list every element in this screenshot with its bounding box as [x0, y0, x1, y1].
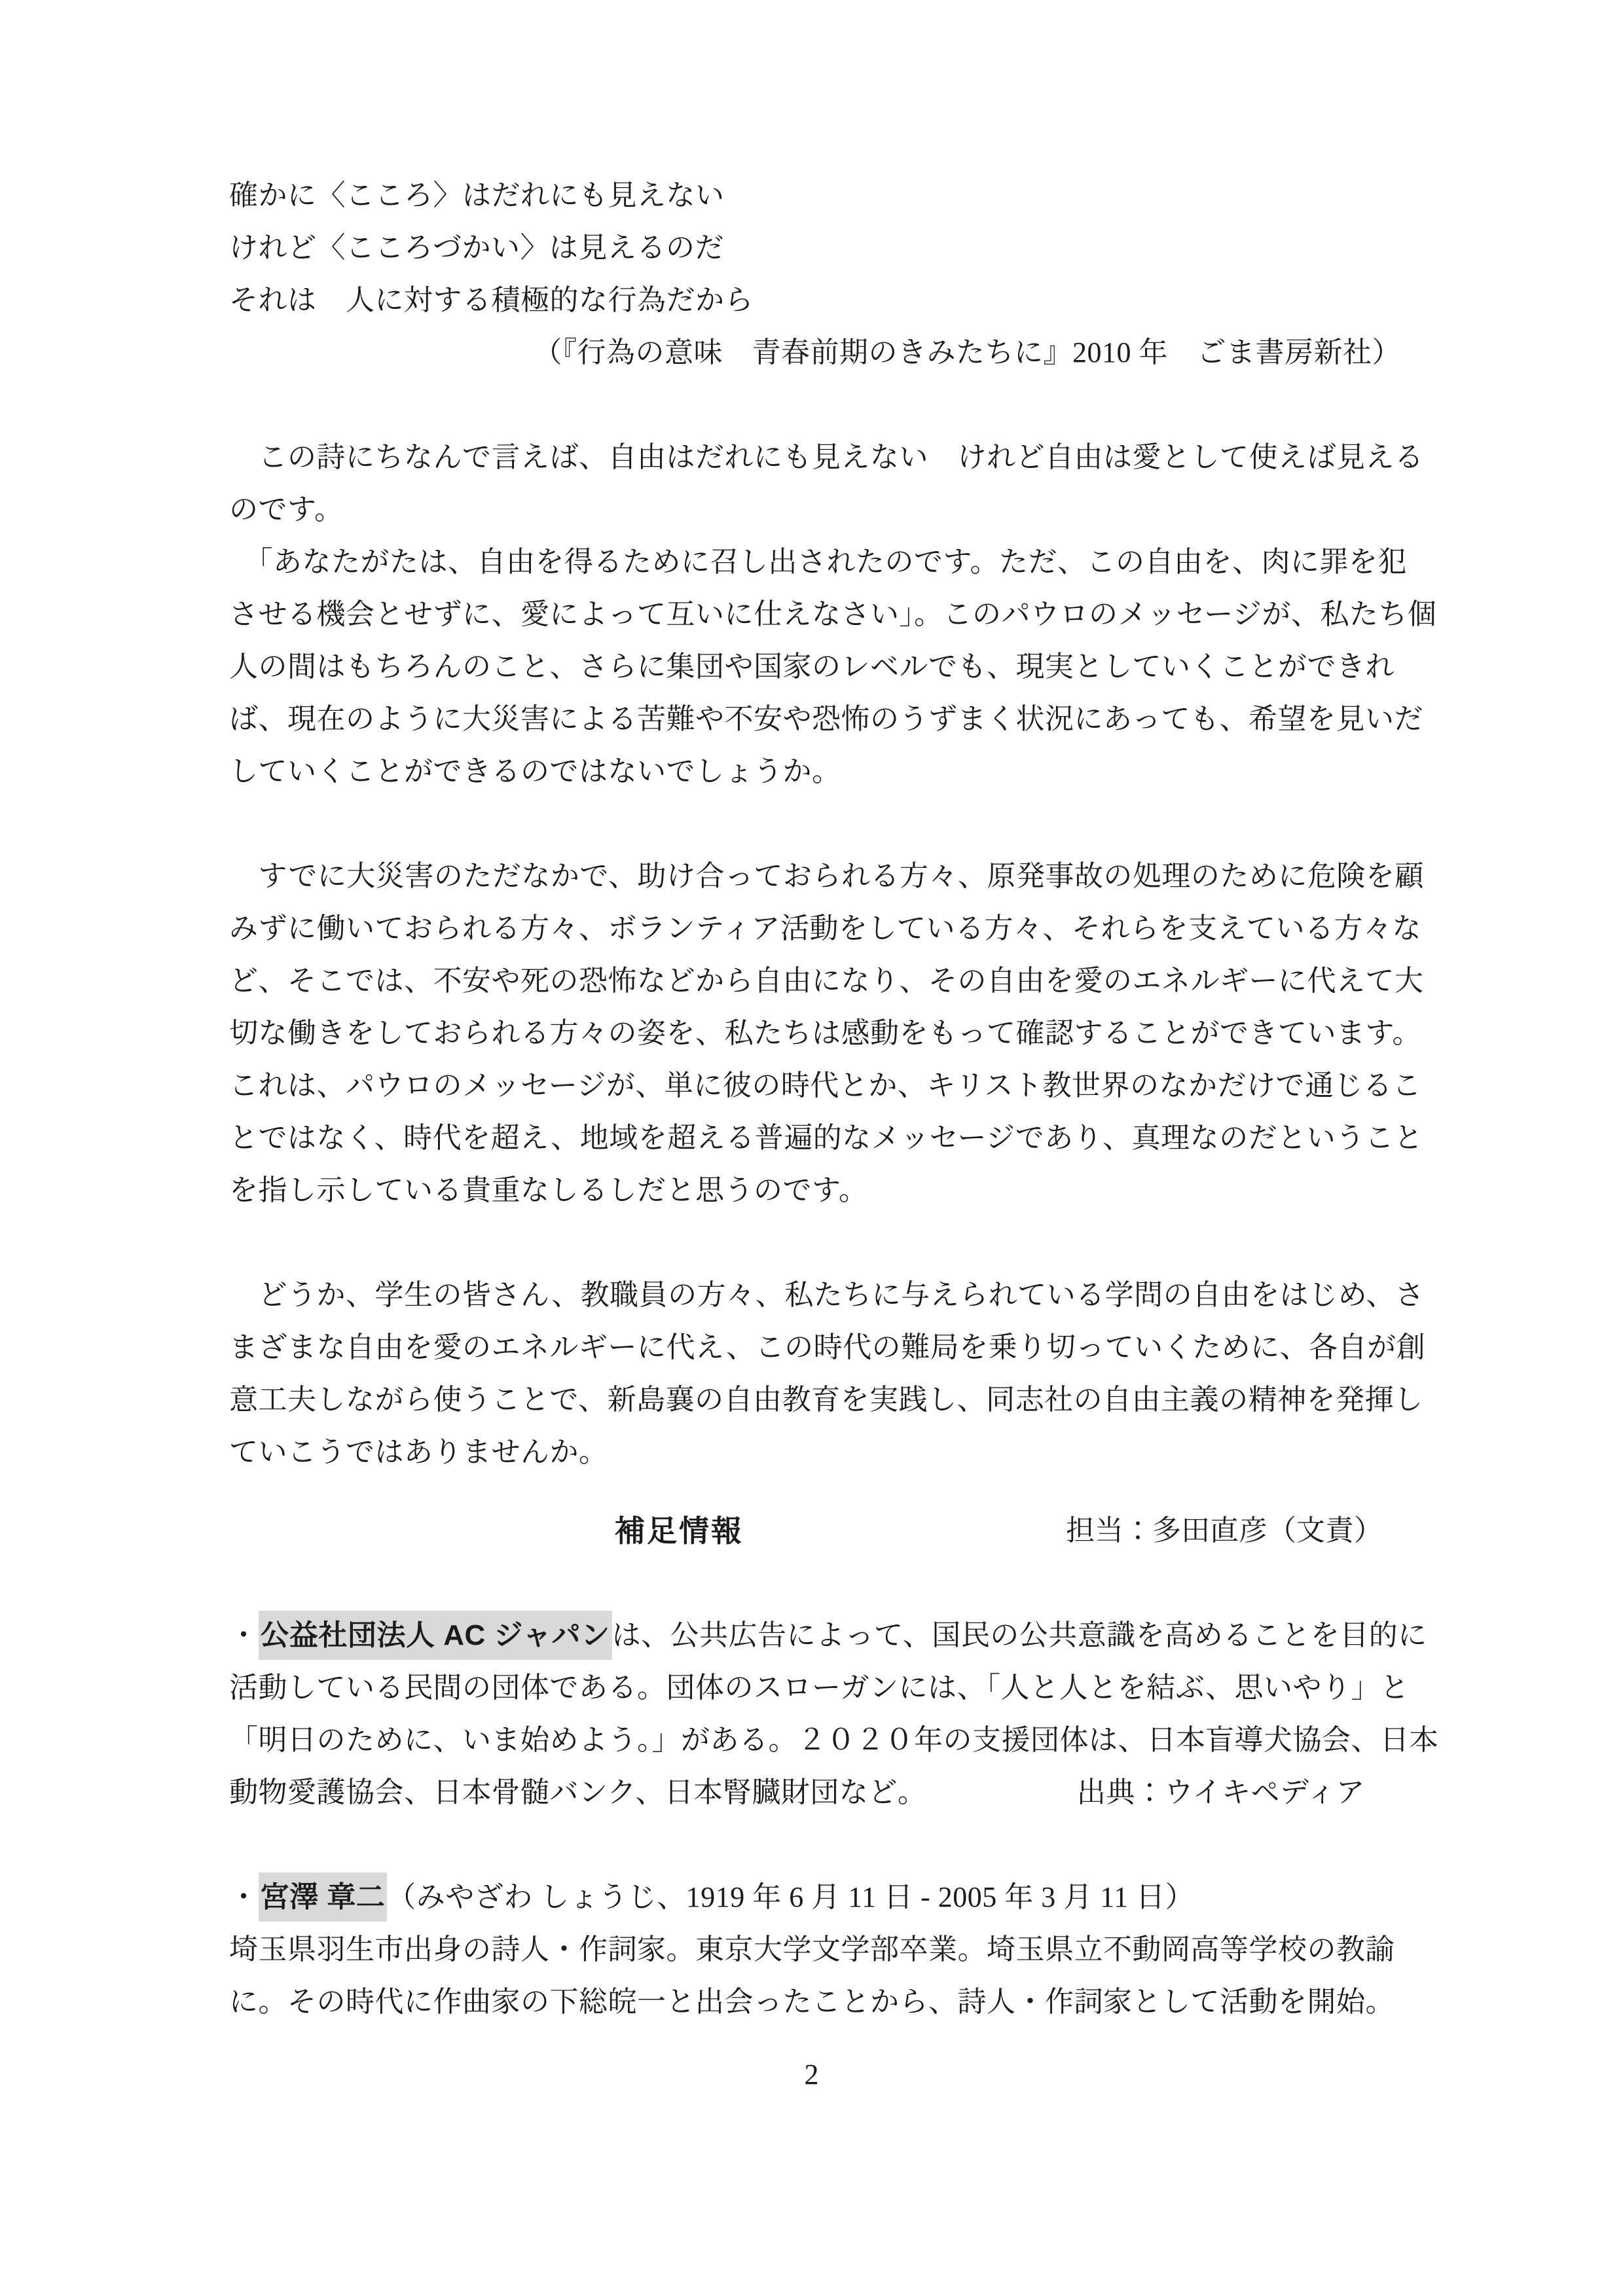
- entry-line: ・公益社団法人 AC ジャパンは、公共広告によって、国民の公共意識を高めることを…: [229, 1609, 1401, 1662]
- body-line: 意工夫しながら使うことで、新島襄の自由教育を実践し、同志社の自由主義の精神を発揮…: [229, 1374, 1401, 1426]
- body-line: ど、そこでは、不安や死の恐怖などから自由になり、その自由を愛のエネルギーに代えて…: [229, 955, 1401, 1007]
- entry-line: 動物愛護協会、日本骨髄バンク、日本腎臓財団など。出典：ウイキペディア: [229, 1767, 1401, 1819]
- body-line: これは、パウロのメッセージが、単に彼の時代とか、キリスト教世界のなかだけで通じる…: [229, 1060, 1401, 1112]
- entry-text: 動物愛護協会、日本骨髄バンク、日本腎臓財団など。: [229, 1767, 926, 1819]
- entry-line: ・宮澤 章二（みやざわ しょうじ、1919 年 6 月 11 日 - 2005 …: [229, 1871, 1401, 1924]
- body-line: すでに大災害のただなかで、助け合っておられる方々、原発事故の処理のために危険を顧: [229, 850, 1401, 903]
- entry-line: 活動している民間の団体である。団体のスローガンには、「人と人とを結ぶ、思いやり」…: [229, 1662, 1401, 1714]
- entry-line: に。その時代に作曲家の下総皖一と出会ったことから、詩人・作詞家として活動を開始。: [229, 1976, 1401, 2028]
- body-line: みずに働いておられる方々、ボランティア活動をしている方々、それらを支えている方々…: [229, 903, 1401, 955]
- body-line: 「あなたがたは、自由を得るために召し出されたのです。ただ、この自由を、肉に罪を犯: [229, 536, 1401, 588]
- document-page: 確かに〈こころ〉はだれにも見えない けれど〈こころづかい〉は見えるのだ それは …: [0, 0, 1623, 2296]
- paragraph-disaster: すでに大災害のただなかで、助け合っておられる方々、原発事故の処理のために危険を顧…: [229, 850, 1401, 1217]
- body-line: この詩にちなんで言えば、自由はだれにも見えない けれど自由は愛として使えば見える: [229, 431, 1401, 484]
- poem-line: それは 人に対する積極的な行為だから: [229, 274, 1401, 327]
- body-line: ば、現在のように大災害による苦難や不安や恐怖のうずまく状況にあっても、希望を見い…: [229, 693, 1401, 745]
- miyazawa-entry: ・宮澤 章二（みやざわ しょうじ、1919 年 6 月 11 日 - 2005 …: [229, 1871, 1401, 2028]
- body-line: どうか、学生の皆さん、教職員の方々、私たちに与えられている学問の自由をはじめ、さ: [229, 1269, 1401, 1321]
- supplement-heading: 補足情報: [615, 1505, 743, 1557]
- body-line: まざまな自由を愛のエネルギーに代え、この時代の難局を乗り切っていくために、各自が…: [229, 1321, 1401, 1374]
- entry-text: （みやざわ しょうじ、1919 年 6 月 11 日 - 2005 年 3 月 …: [387, 1881, 1194, 1913]
- body-line: させる機会とせずに、愛によって互いに仕えなさい」。このパウロのメッセージが、私た…: [229, 588, 1401, 641]
- body-line: のです。: [229, 484, 1401, 536]
- bullet-marker: ・: [229, 1619, 259, 1651]
- supplement-heading-row: 補足情報 担当：多田直彦（文責）: [229, 1505, 1401, 1557]
- poem-block: 確かに〈こころ〉はだれにも見えない けれど〈こころづかい〉は見えるのだ それは …: [229, 170, 1401, 379]
- source-label: 出典：ウイキペディア: [1077, 1767, 1365, 1819]
- body-line: とではなく、時代を超え、地域を超える普遍的なメッセージであり、真理なのだというこ…: [229, 1112, 1401, 1164]
- entry-line: 埼玉県羽生市出身の詩人・作詞家。東京大学文学部卒業。埼玉県立不動岡高等学校の教諭: [229, 1924, 1401, 1976]
- paragraph-appeal: どうか、学生の皆さん、教職員の方々、私たちに与えられている学問の自由をはじめ、さ…: [229, 1269, 1401, 1479]
- ac-japan-entry: ・公益社団法人 AC ジャパンは、公共広告によって、国民の公共意識を高めることを…: [229, 1609, 1401, 1819]
- bullet-marker: ・: [229, 1881, 259, 1913]
- body-line: 人の間はもちろんのこと、さらに集団や国家のレベルでも、現実としていくことができれ: [229, 641, 1401, 693]
- body-line: していくことができるのではないでしょうか。: [229, 745, 1401, 798]
- attribution-label: 担当：多田直彦（文責）: [1066, 1505, 1383, 1557]
- ac-japan-name-highlight: 公益社団法人 AC ジャパン: [259, 1611, 612, 1660]
- body-line: ていこうではありませんか。: [229, 1426, 1401, 1479]
- entry-line: 「明日のために、いま始めよう。」がある。２０２０年の支援団体は、日本盲導犬協会、…: [229, 1714, 1401, 1767]
- miyazawa-name-highlight: 宮澤 章二: [259, 1873, 388, 1922]
- entry-text: は、公共広告によって、国民の公共意識を高めることを目的に: [612, 1619, 1427, 1651]
- page-number: 2: [0, 2055, 1623, 2094]
- poem-line: 確かに〈こころ〉はだれにも見えない: [229, 170, 1401, 222]
- poem-line: けれど〈こころづかい〉は見えるのだ: [229, 222, 1401, 274]
- body-line: を指し示している貴重なしるしだと思うのです。: [229, 1164, 1401, 1217]
- poem-citation: （『行為の意味 青春前期のきみたちに』2010 年 ごま書房新社）: [229, 327, 1401, 379]
- paragraph-free-love: この詩にちなんで言えば、自由はだれにも見えない けれど自由は愛として使えば見える…: [229, 431, 1401, 798]
- body-line: 切な働きをしておられる方々の姿を、私たちは感動をもって確認することができています…: [229, 1007, 1401, 1060]
